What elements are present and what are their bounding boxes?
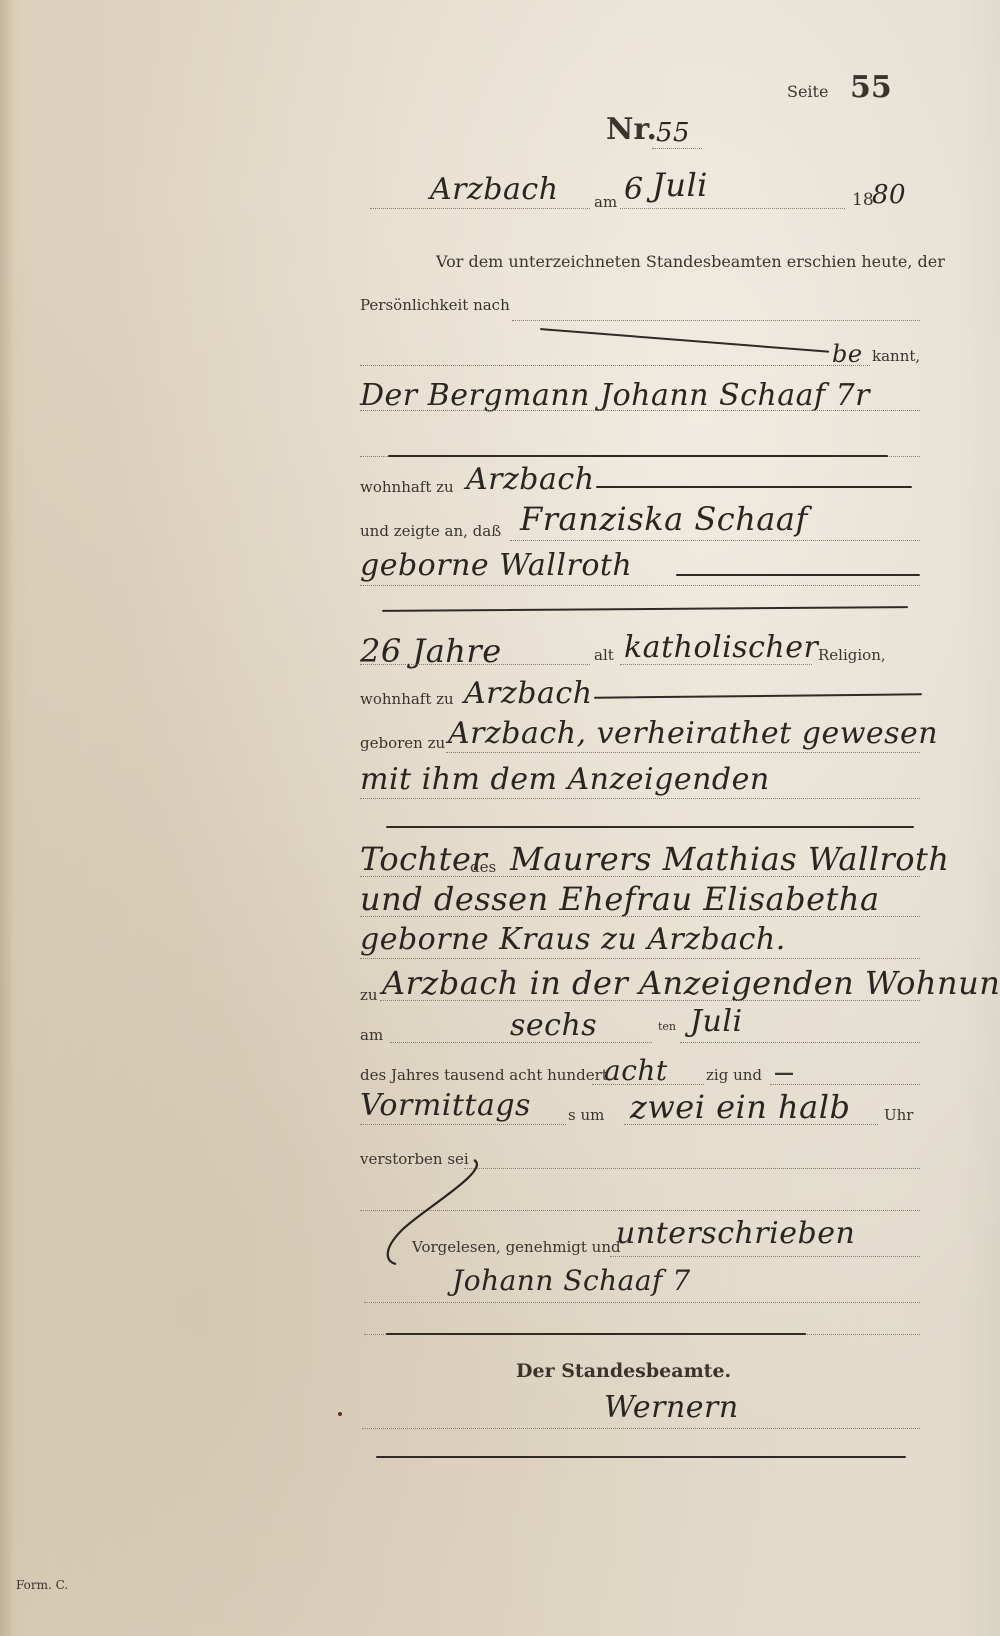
dotted-line [380,1000,920,1001]
death-hour: zwei ein halb [630,1088,850,1126]
dotted-line [512,320,920,321]
des-label: des [470,858,496,876]
ten-label: ten [658,1020,676,1033]
dotted-line [360,585,920,586]
registry-month: Juli [652,166,708,204]
dotted-line [360,664,590,665]
dotted-line [770,1084,920,1085]
strike-line [376,1456,906,1458]
geboren-label: geboren zu [360,734,445,752]
strike-line [540,328,829,353]
dotted-line [510,540,920,541]
page-edge-shadow [0,0,14,1636]
record-number: 55 [656,118,690,148]
document-page: Seite 55 Nr. 55 Arzbach am 6 Juli 18 80 … [0,0,1000,1636]
dotted-line [360,1124,566,1125]
alt-label: alt [594,646,614,664]
marriage-line: mit ihm dem Anzeigenden [360,762,770,797]
dotted-line [620,664,812,665]
registry-day: 6 [624,172,644,207]
deceased-birthplace: Arzbach, verheirathet gewesen [448,716,938,751]
strike-line [386,826,914,828]
dotted-line [370,208,590,209]
form-label: Form. C. [16,1578,68,1592]
wohnhaft-label: wohnhaft zu [360,478,454,496]
death-day: sechs [510,1008,597,1043]
dotted-line [592,1084,704,1085]
am-label: am [594,193,617,211]
am-label: am [360,1026,383,1044]
dotted-line [620,208,845,209]
dotted-line [652,148,702,149]
dotted-line [362,1428,920,1429]
strike-line [596,486,912,488]
religion-label: Religion, [818,646,886,664]
strike-line [382,606,908,612]
registry-place: Arzbach [430,172,559,207]
strike-line [594,693,922,698]
deceased-religion: katholischer [624,630,818,665]
dotted-line [360,410,920,411]
record-number-label: Nr. [606,112,657,147]
mother-name: und dessen Ehefrau Elisabetha [360,880,880,918]
dotted-line [446,752,920,753]
zig-value: — [774,1060,794,1084]
official-title: Der Standesbeamte. [516,1360,731,1382]
dotted-line [360,916,920,917]
dotted-line [464,1168,920,1169]
year-prefix: 18 [852,190,874,210]
dotted-line [360,365,870,366]
registry-year-suffix: 80 [872,180,906,210]
uhr-label: Uhr [884,1106,913,1124]
kannt-label: kannt, [872,347,920,365]
dotted-line [360,876,920,877]
page-number: 55 [850,70,892,105]
zig-label: zig und [706,1066,762,1084]
dotted-line [610,1256,920,1257]
dotted-line [360,798,920,799]
death-year-word: acht [604,1054,668,1087]
deceased-maiden-name: geborne Wallroth [360,548,632,583]
dotted-line [624,1124,878,1125]
dotted-line [360,958,920,959]
vorgelesen-label: Vorgelesen, genehmigt und [412,1238,621,1256]
s-um-label: s um [568,1106,604,1124]
zeigte-label: und zeigte an, daß [360,522,501,540]
ink-dot [338,1412,342,1416]
persoenlichkeit-label: Persönlichkeit nach [360,296,510,314]
tochter-word: Tochter [360,840,487,878]
father-name: Maurers Mathias Wallroth [510,840,949,878]
death-place: Arzbach in der Anzeigenden Wohnung [382,964,1000,1002]
official-signature: Wernern [604,1390,739,1425]
zu-label: zu [360,986,378,1004]
dotted-line [364,1302,920,1303]
dotted-line [680,1042,920,1043]
time-of-day: Vormittags [360,1088,531,1123]
strike-line [386,1333,806,1335]
informant-name: Der Bergmann Johann Schaaf 7r [360,378,870,413]
jahres-label: des Jahres tausend acht hundert [360,1066,608,1084]
strike-line [388,455,888,457]
seite-label: Seite [787,82,828,101]
mother-maiden-name: geborne Kraus zu Arzbach. [360,922,786,957]
deceased-residence: Arzbach [464,676,593,711]
deceased-name: Franziska Schaaf [520,500,808,538]
informant-residence: Arzbach [466,462,595,497]
informant-signature: Johann Schaaf 7 [452,1264,691,1297]
death-month: Juli [690,1004,743,1039]
unterschrieben-handwritten: unterschrieben [616,1216,855,1251]
wohnhaft-label: wohnhaft zu [360,690,454,708]
strike-line [676,574,920,576]
intro-line: Vor dem unterzeichneten Standesbeamten e… [436,252,945,271]
be-handwritten: be [832,340,863,368]
